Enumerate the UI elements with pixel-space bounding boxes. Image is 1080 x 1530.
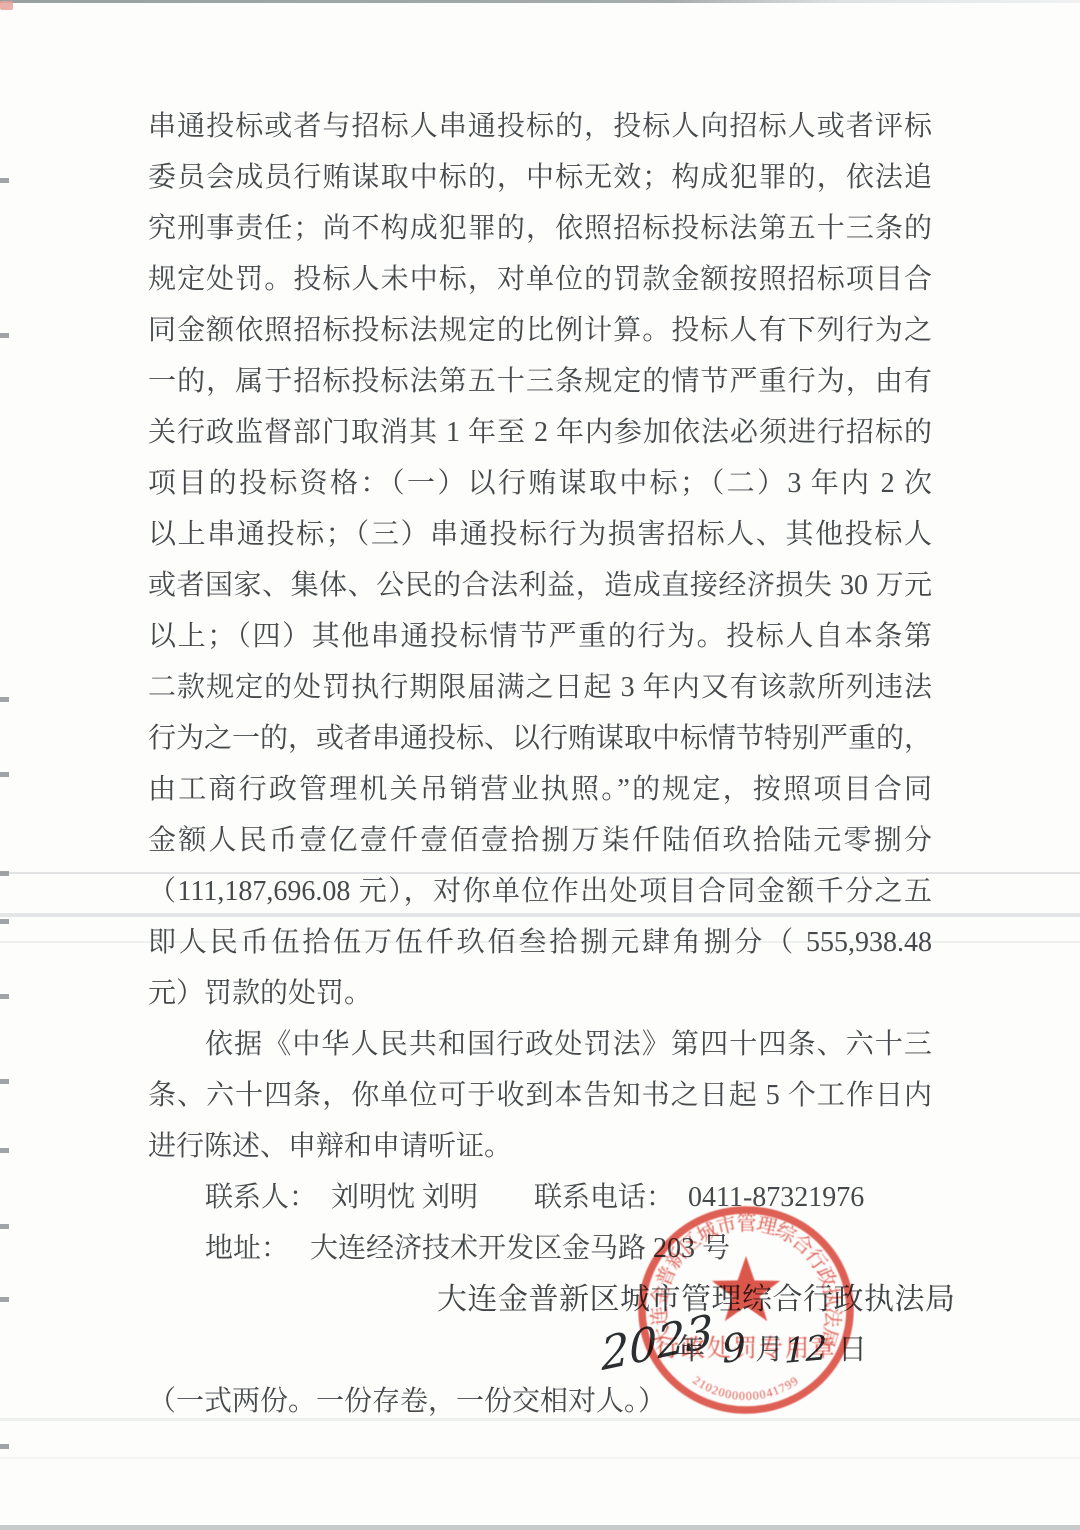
seal-ring — [642, 1210, 850, 1410]
body-line: 项目的投标资格：（一）以行贿谋取中标；（二）3 年内 2 次 — [148, 458, 932, 509]
body-line: 关行政监督部门取消其 1 年至 2 年内参加依法必须进行招标的 — [148, 407, 932, 458]
body-line: 依据《中华人民共和国行政处罚法》第四十四条、六十三 — [148, 1019, 932, 1070]
body-line: 元）罚款的处罚。 — [148, 968, 932, 1019]
seal-serial: 2102000000041799 — [690, 1373, 801, 1403]
scanned-document-page: 串通投标或者与招标人串通投标的，投标人向招标人或者评标 委员会成员行贿谋取中标的… — [0, 0, 1080, 1530]
scan-edge-tick — [0, 1444, 9, 1449]
seal-serial-text: 2102000000041799 — [690, 1373, 801, 1403]
scan-edge-top — [0, 0, 1080, 3]
scan-edge-tick — [0, 1224, 9, 1229]
body-line: 委员会成员行贿谋取中标的，中标无效；构成犯罪的，依法追 — [148, 152, 932, 203]
seal-type-label: 行政处罚专用章 — [655, 1335, 837, 1362]
scan-edge-tick — [0, 871, 9, 876]
body-line: 以上；（四）其他串通投标情节严重的行为。投标人自本条第 — [148, 611, 932, 662]
scan-edge-tick — [0, 1079, 9, 1084]
body-line: 进行陈述、申辩和申请听证。 — [148, 1121, 932, 1172]
body-line: 条、六十四条，你单位可于收到本告知书之日起 5 个工作日内 — [148, 1070, 932, 1121]
scan-edge-tick — [0, 178, 9, 183]
body-line: 二款规定的处罚执行期限届满之日起 3 年内又有该款所列违法 — [148, 662, 932, 713]
star-icon — [712, 1256, 780, 1321]
body-line: 究刑事责任；尚不构成犯罪的，依照招标投标法第五十三条的 — [148, 203, 932, 254]
body-line: 行为之一的，或者串通投标、以行贿谋取中标情节特别严重的， — [148, 713, 932, 764]
body-line: 串通投标或者与招标人串通投标的，投标人向招标人或者评标 — [148, 101, 932, 152]
scan-edge-tick — [0, 333, 9, 338]
body-line: 金额人民币壹亿壹仟壹佰壹拾捌万柒仟陆佰玖拾陆元零捌分 — [148, 815, 932, 866]
scan-edge-tick — [0, 919, 9, 924]
scan-edge-tick — [0, 994, 9, 999]
body-line: 或者国家、集体、公民的合法利益，造成直接经济损失 30 万元 — [148, 560, 932, 611]
scan-edge-tick — [0, 772, 9, 777]
body-line-fine-amount: 即人民币伍拾伍万伍仟玖佰叁拾捌元肆角捌分（ 555,938.48 — [148, 917, 932, 968]
scan-red-corner-mark — [0, 1, 13, 10]
body-line: 一的，属于招标投标法第五十三条规定的情节严重行为，由有 — [148, 356, 932, 407]
body-line-contract-amount: （111,187,696.08 元），对你单位作出处项目合同金额千分之五 — [148, 866, 932, 917]
body-line: 由工商行政管理机关吊销营业执照。”的规定，按照项目合同 — [148, 764, 932, 815]
body-line: 规定处罚。投标人未中标，对单位的罚款金额按照招标项目合 — [148, 254, 932, 305]
body-line: 同金额依照招标投标法规定的比例计算。投标人有下列行为之 — [148, 305, 932, 356]
scan-edge-tick — [0, 1148, 9, 1153]
body-line: 以上串通投标；（三）串通投标行为损害招标人、其他投标人 — [148, 509, 932, 560]
scan-edge-tick — [0, 1297, 9, 1302]
official-seal: 大连金普新区城市管理综合行政执法局 行政处罚专用章 21020000000417… — [633, 1202, 859, 1422]
scan-edge-tick — [0, 697, 9, 702]
